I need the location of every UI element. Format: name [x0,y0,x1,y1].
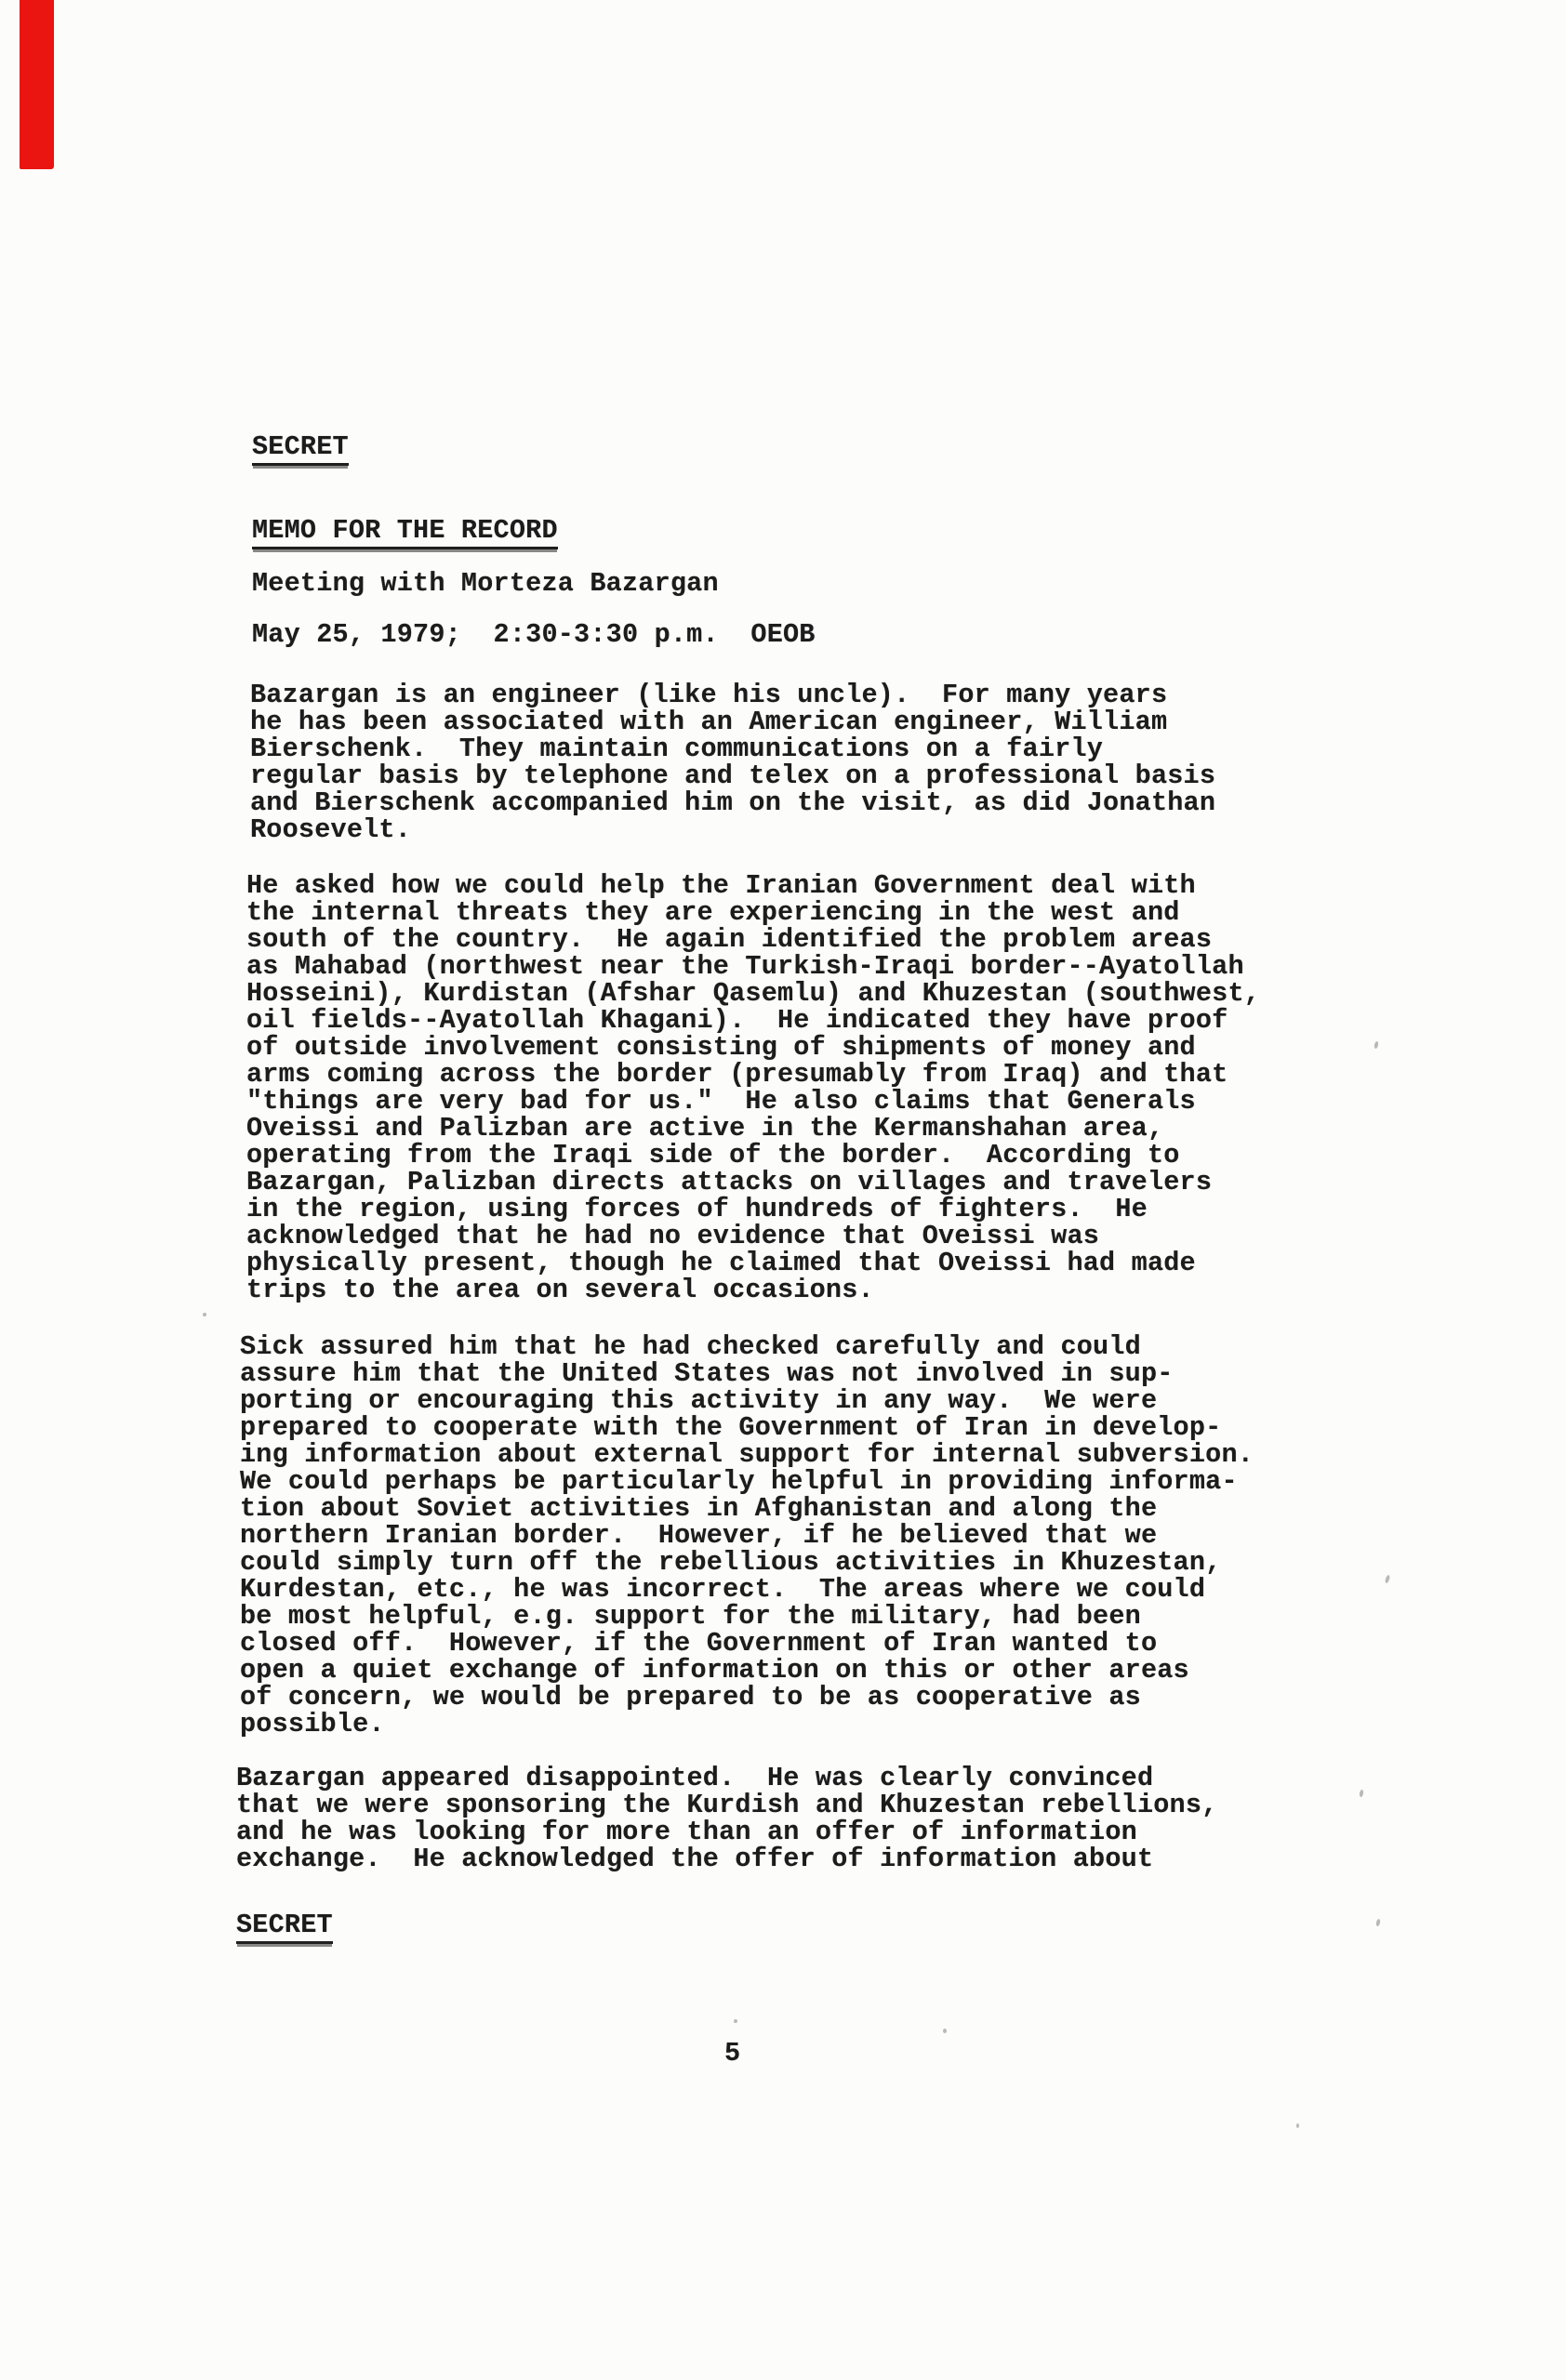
scan-speck [943,2029,947,2033]
subject-line: Meeting with Morteza Bazargan [252,570,719,597]
scan-speck [1359,1790,1363,1798]
classification-footer: SECRET [236,1911,333,1944]
classification-footer-text: SECRET [236,1911,333,1944]
paragraph: Bazargan appeared disappointed. He was c… [236,1765,1343,1872]
page-number: 5 [724,2040,740,2067]
classification-header-text: SECRET [252,433,349,466]
scan-speck [203,1313,206,1316]
scan-speck [1296,2123,1299,2128]
red-classification-bar [20,0,54,169]
scan-speck [1385,1575,1391,1584]
document-page: SECRET MEMO FOR THE RECORD Meeting with … [0,0,1566,2380]
scan-speck [1375,1919,1381,1927]
date-line: May 25, 1979; 2:30-3:30 p.m. OEOB [252,621,816,648]
scan-speck [734,2019,737,2023]
paragraph: He asked how we could help the Iranian G… [246,872,1353,1303]
memo-title-text: MEMO FOR THE RECORD [252,517,558,549]
paragraph: Sick assured him that he had checked car… [240,1333,1347,1738]
classification-header: SECRET [252,433,349,466]
paragraph: Bazargan is an engineer (like his uncle)… [250,681,1347,843]
memo-title: MEMO FOR THE RECORD [252,517,558,549]
scan-speck [1374,1041,1379,1050]
